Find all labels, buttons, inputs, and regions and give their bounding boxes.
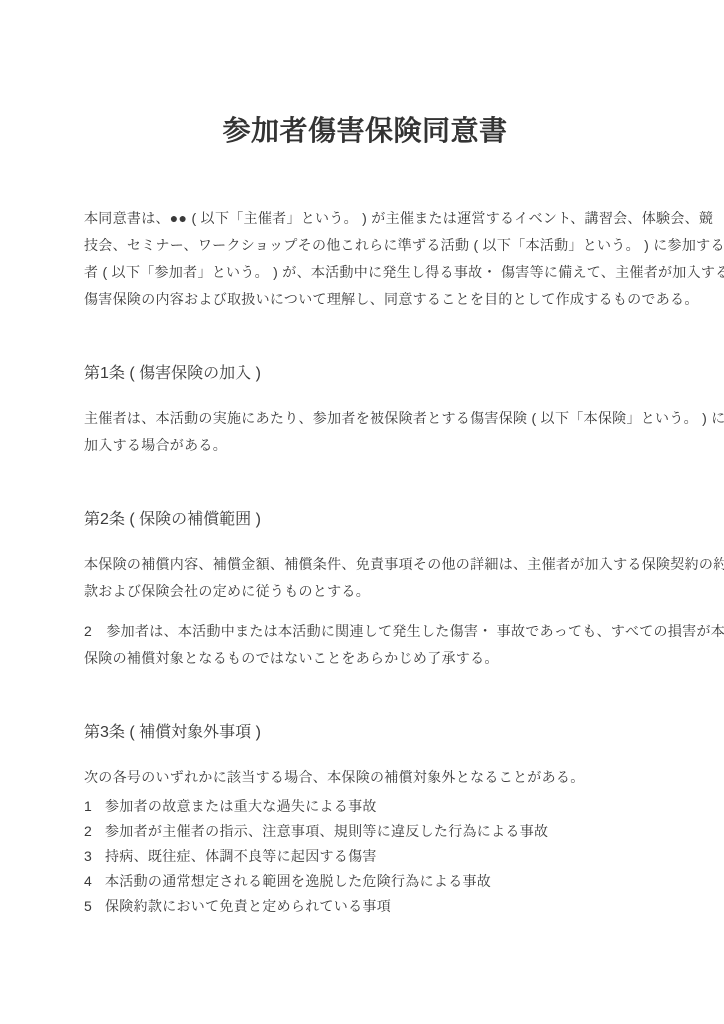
article-2-heading: 第2条 ( 保険の補償範囲 ) (84, 507, 646, 532)
list-item-number: 5 (84, 894, 105, 919)
article-2-paragraph-2: 2 参加者は、本活動中または本活動に関連して発生した傷害・ 事故であっても、すべ… (84, 618, 646, 672)
list-item-number: 1 (84, 794, 105, 819)
list-item-text: 参加者の故意または重大な過失による事故 (105, 794, 377, 819)
list-item: 5 保険約款において免責と定められている事項 (84, 894, 646, 919)
list-item-text: 本活動の通常想定される範囲を逸脱した危険行為による事故 (105, 869, 491, 894)
intro-line: 技会、セミナー、ワークショップその他これらに準ずる活動 ( 以下「本活動」という… (84, 232, 646, 259)
article-1-heading: 第1条 ( 傷害保険の加入 ) (84, 361, 646, 386)
list-item-text: 持病、既往症、体調不良等に起因する傷害 (105, 844, 377, 869)
text-line: 加入する場合がある。 (84, 432, 646, 459)
article-1-paragraph: 主催者は、本活動の実施にあたり、参加者を被保険者とする傷害保険 ( 以下「本保険… (84, 405, 646, 459)
list-item-number: 2 (84, 819, 105, 844)
article-3-heading: 第3条 ( 補償対象外事項 ) (84, 720, 646, 745)
document-page: 参加者傷害保険同意書 本同意書は、●● ( 以下「主催者」という。 ) が主催ま… (0, 0, 724, 1024)
list-item-number: 3 (84, 844, 105, 869)
text-line: 次の各号のいずれかに該当する場合、本保険の補償対象外となることがある。 (84, 764, 646, 791)
text-line: 本保険の補償内容、補償金額、補償条件、免責事項その他の詳細は、主催者が加入する保… (84, 551, 646, 578)
list-item: 4 本活動の通常想定される範囲を逸脱した危険行為による事故 (84, 869, 646, 894)
section-article-3: 第3条 ( 補償対象外事項 ) 次の各号のいずれかに該当する場合、本保険の補償対… (84, 720, 646, 919)
article-3-paragraph: 次の各号のいずれかに該当する場合、本保険の補償対象外となることがある。 (84, 764, 646, 791)
section-article-1: 第1条 ( 傷害保険の加入 ) 主催者は、本活動の実施にあたり、参加者を被保険者… (84, 361, 646, 459)
list-item: 1 参加者の故意または重大な過失による事故 (84, 794, 646, 819)
article-2-paragraph-1: 本保険の補償内容、補償金額、補償条件、免責事項その他の詳細は、主催者が加入する保… (84, 551, 646, 605)
list-item-text: 保険約款において免責と定められている事項 (105, 894, 391, 919)
intro-paragraph: 本同意書は、●● ( 以下「主催者」という。 ) が主催または運営するイベント、… (84, 205, 646, 313)
list-item: 2 参加者が主催者の指示、注意事項、規則等に違反した行為による事故 (84, 819, 646, 844)
text-line: 款および保険会社の定めに従うものとする。 (84, 578, 646, 605)
intro-line: 者 ( 以下「参加者」という。 ) が、本活動中に発生し得る事故・ 傷害等に備え… (84, 259, 646, 286)
list-item-text: 参加者が主催者の指示、注意事項、規則等に違反した行為による事故 (105, 819, 548, 844)
list-item-number: 4 (84, 869, 105, 894)
text-line: 主催者は、本活動の実施にあたり、参加者を被保険者とする傷害保険 ( 以下「本保険… (84, 405, 646, 432)
document-title: 参加者傷害保険同意書 (84, 112, 646, 150)
intro-line: 本同意書は、●● ( 以下「主催者」という。 ) が主催または運営するイベント、… (84, 205, 646, 232)
section-article-2: 第2条 ( 保険の補償範囲 ) 本保険の補償内容、補償金額、補償条件、免責事項そ… (84, 507, 646, 672)
text-line: 保険の補償対象となるものではないことをあらかじめ了承する。 (84, 645, 646, 672)
text-line: 2 参加者は、本活動中または本活動に関連して発生した傷害・ 事故であっても、すべ… (84, 618, 646, 645)
list-item: 3 持病、既往症、体調不良等に起因する傷害 (84, 844, 646, 869)
intro-line: 傷害保険の内容および取扱いについて理解し、同意することを目的として作成するもので… (84, 286, 646, 313)
exclusion-list: 1 参加者の故意または重大な過失による事故 2 参加者が主催者の指示、注意事項、… (84, 794, 646, 919)
